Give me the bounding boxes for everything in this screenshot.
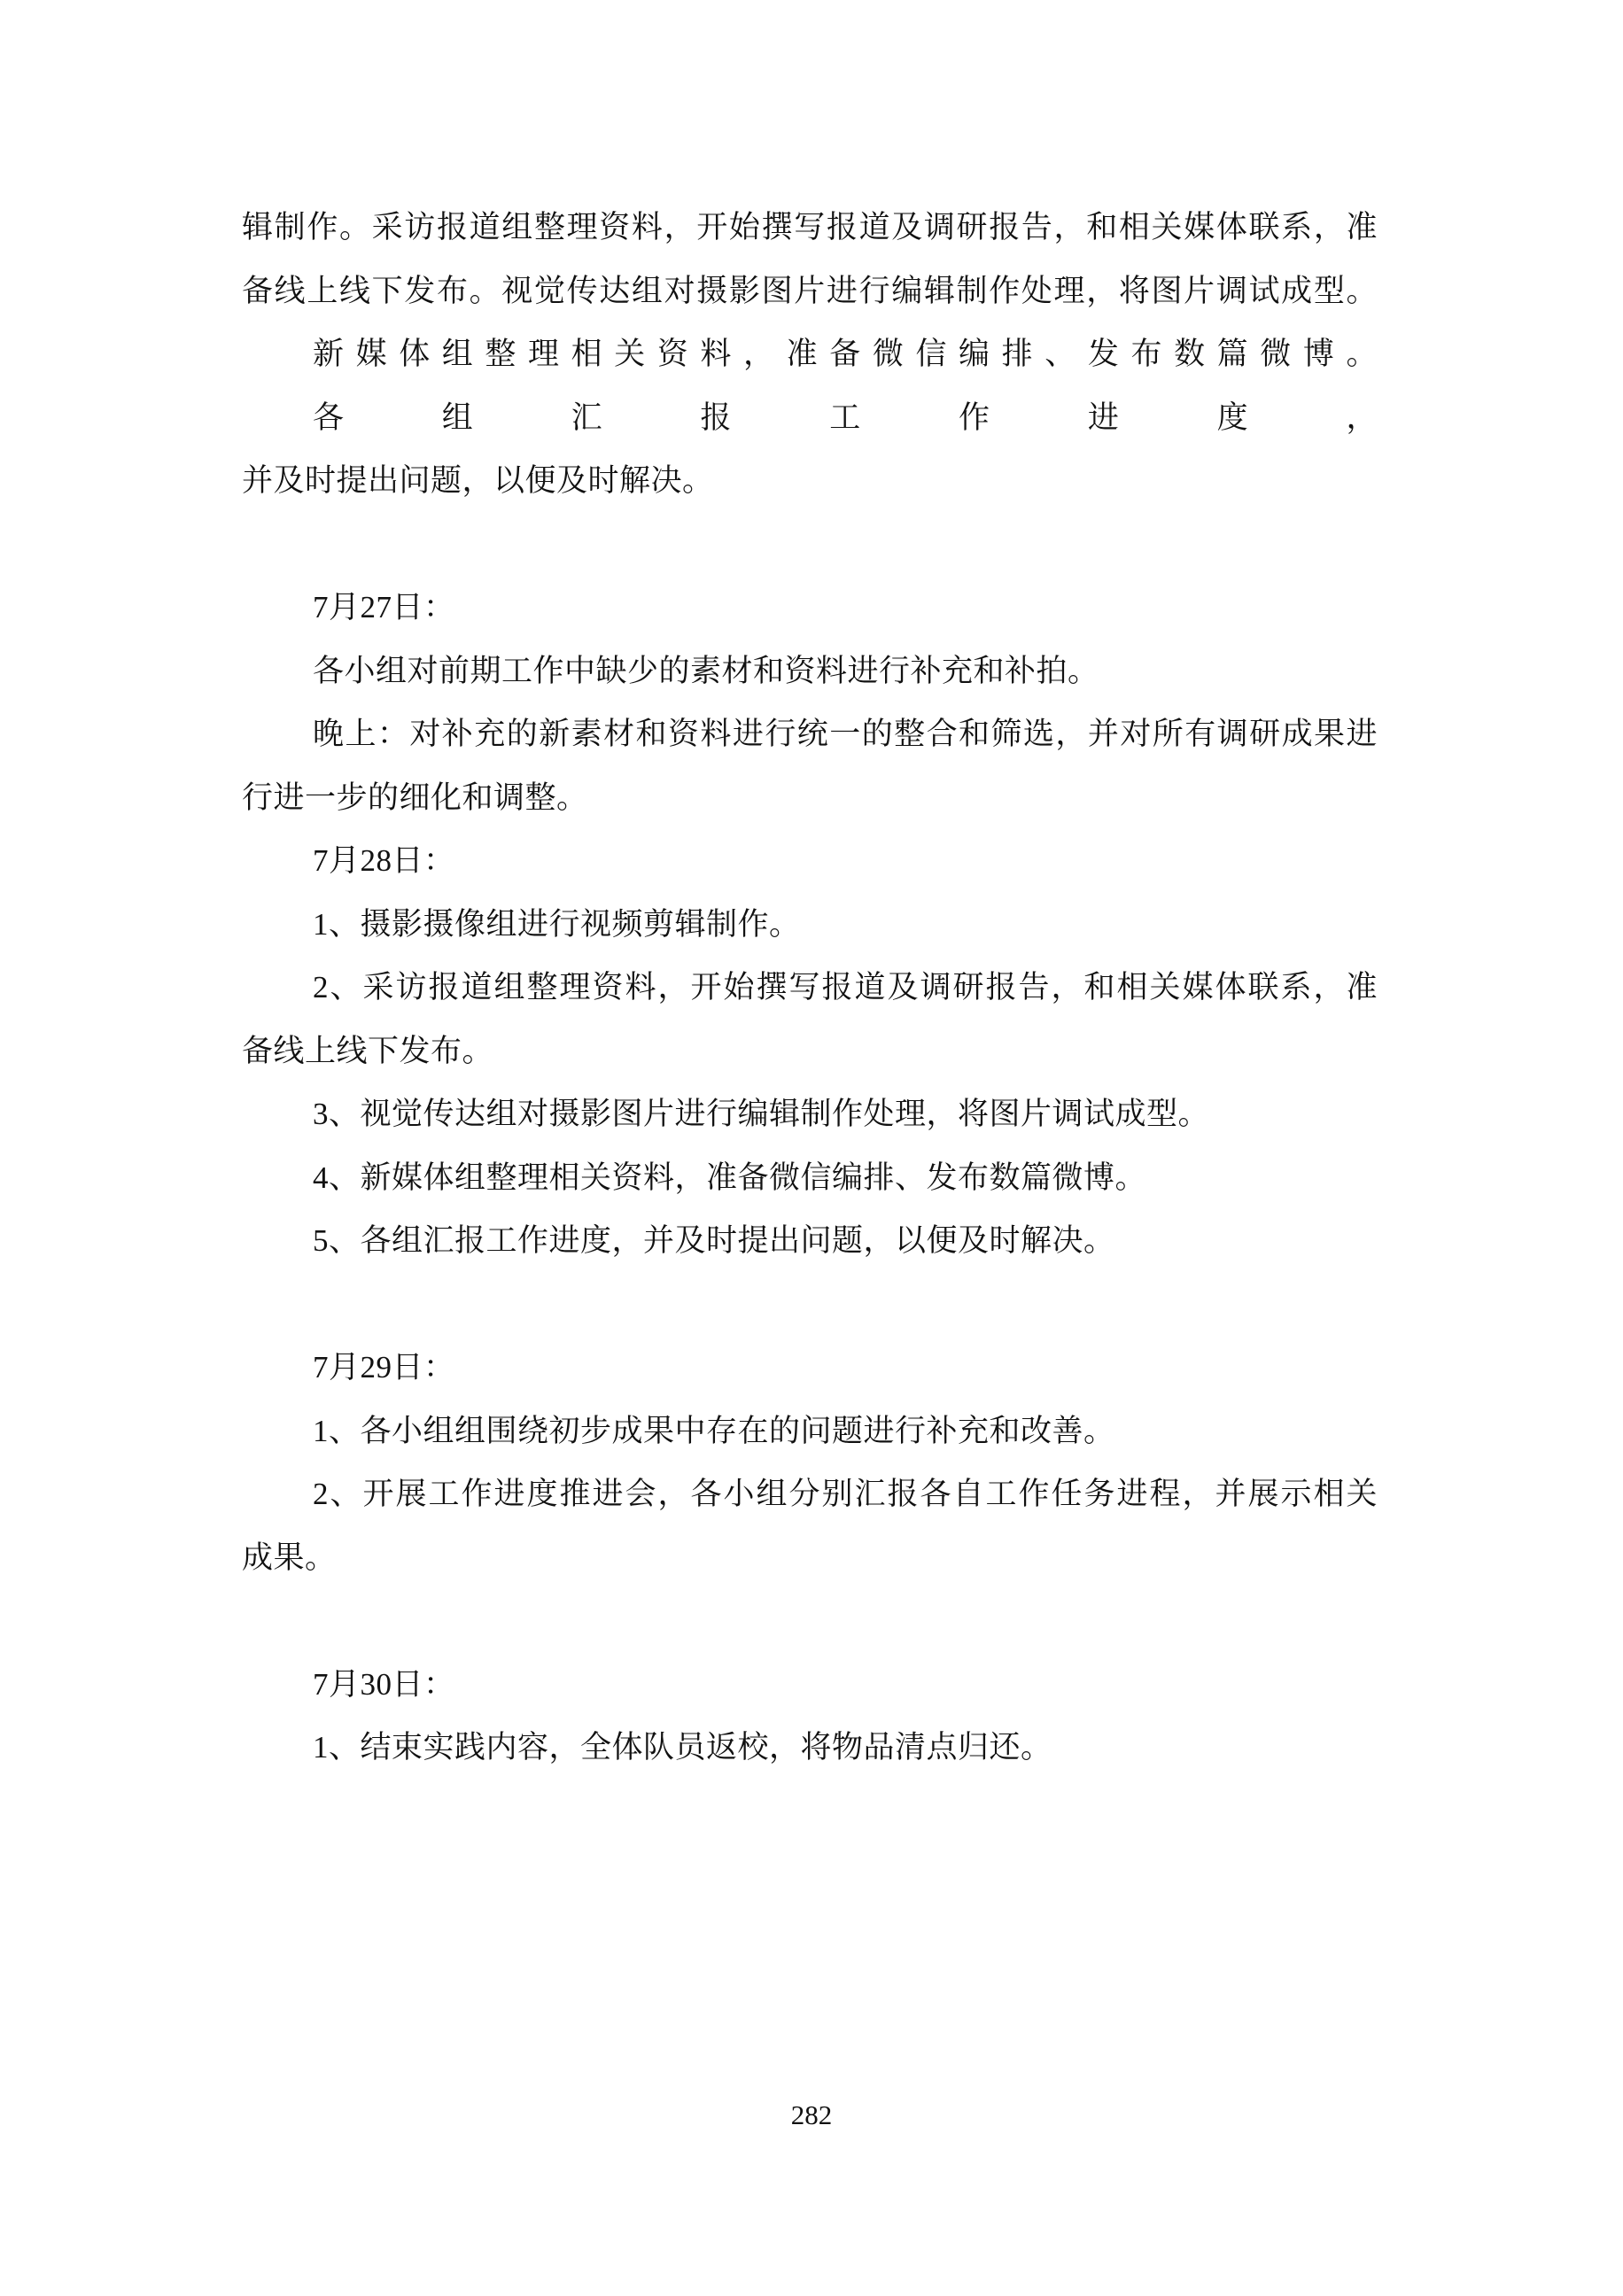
text-line: 3、视觉传达组对摄影图片进行编辑制作处理，将图片调试成型。: [242, 1082, 1378, 1146]
text-line: 4、新媒体组整理相关资料，准备微信编排、发布数篇微博。: [242, 1146, 1378, 1210]
text-line: 行进一步的细化和调整。: [242, 766, 1378, 830]
text-line: 2、开展工作进度推进会，各小组分别汇报各自工作任务进程，并展示相关: [242, 1462, 1378, 1526]
text-line: 7月30日：: [242, 1653, 1378, 1717]
text-line: 成果。: [242, 1526, 1378, 1590]
text-line: 备线上线下发布。: [242, 1020, 1378, 1083]
document-page: 辑制作。采访报道组整理资料，开始撰写报道及调研报告，和相关媒体联系，准备线上线下…: [0, 0, 1623, 2296]
text-line: 7月29日：: [242, 1336, 1378, 1400]
text-line: 7月28日：: [242, 829, 1378, 893]
text-line: 并及时提出问题，以便及时解决。: [242, 449, 1378, 513]
page-number: 282: [0, 2098, 1623, 2133]
blank-line: [242, 513, 1378, 577]
text-line: 1、摄影摄像组进行视频剪辑制作。: [242, 893, 1378, 957]
text-line: 7月27日：: [242, 576, 1378, 640]
text-line: 晚上：对补充的新素材和资料进行统一的整合和筛选，并对所有调研成果进: [242, 702, 1378, 766]
blank-line: [242, 1589, 1378, 1653]
text-line: 各小组对前期工作中缺少的素材和资料进行补充和补拍。: [242, 640, 1378, 703]
text-line: 备线上线下发布。视觉传达组对摄影图片进行编辑制作处理，将图片调试成型。: [242, 260, 1378, 323]
text-line: 2、采访报道组整理资料，开始撰写报道及调研报告，和相关媒体联系，准: [242, 956, 1378, 1020]
body-text: 辑制作。采访报道组整理资料，开始撰写报道及调研报告，和相关媒体联系，准备线上线下…: [242, 196, 1378, 1780]
text-line: 5、各组汇报工作进度，并及时提出问题，以便及时解决。: [242, 1209, 1378, 1273]
text-line: 1、各小组组围绕初步成果中存在的问题进行补充和改善。: [242, 1400, 1378, 1463]
blank-line: [242, 1273, 1378, 1337]
text-line: 新媒体组整理相关资料，准备微信编排、发布数篇微博。各组汇报工作进度，: [242, 322, 1378, 449]
text-line: 辑制作。采访报道组整理资料，开始撰写报道及调研报告，和相关媒体联系，准: [242, 196, 1378, 260]
text-line: 1、结束实践内容，全体队员返校，将物品清点归还。: [242, 1716, 1378, 1780]
